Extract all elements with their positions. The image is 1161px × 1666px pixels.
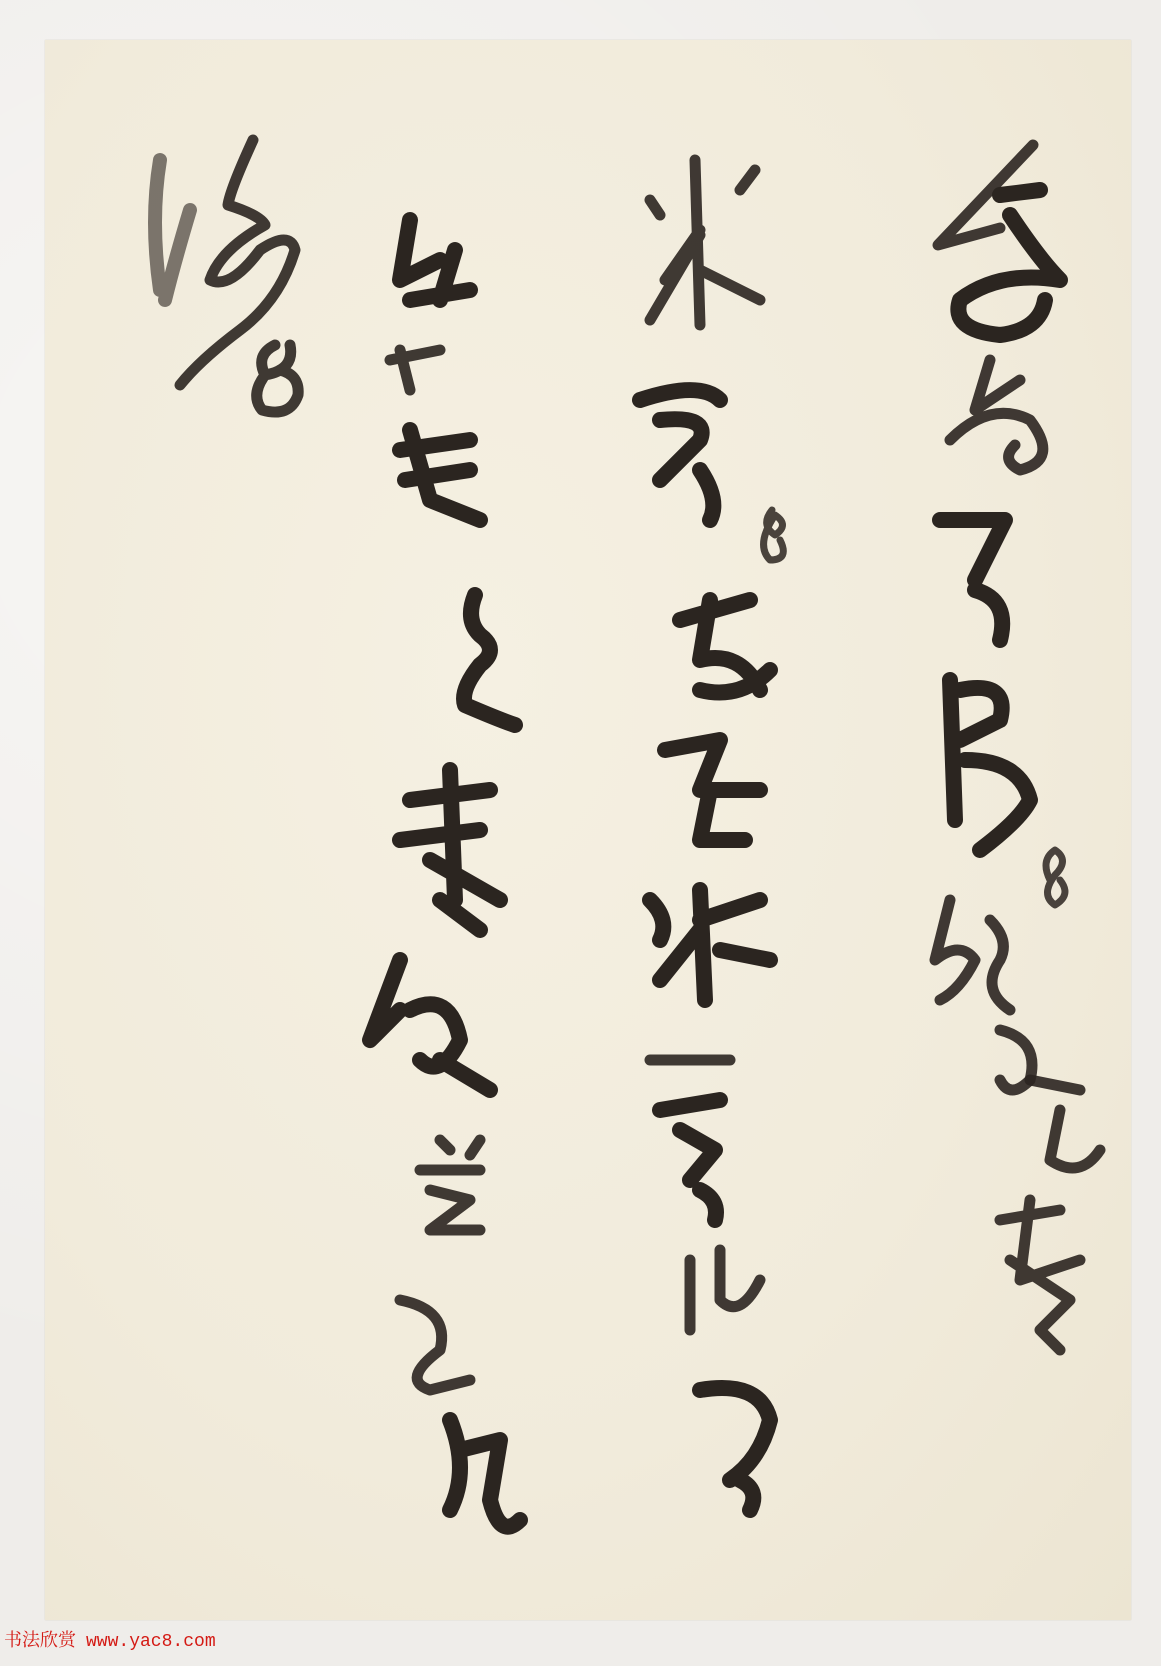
- calligraphy-ink-strokes: [0, 0, 1161, 1666]
- watermark: 书法欣赏www.yac8.com: [4, 1626, 216, 1652]
- column-4: [155, 140, 298, 412]
- watermark-site-name: 书法欣赏: [4, 1630, 76, 1651]
- column-3: [370, 220, 520, 1527]
- column-2: [640, 160, 783, 1510]
- watermark-url: www.yac8.com: [86, 1632, 216, 1652]
- column-1: [935, 145, 1100, 1350]
